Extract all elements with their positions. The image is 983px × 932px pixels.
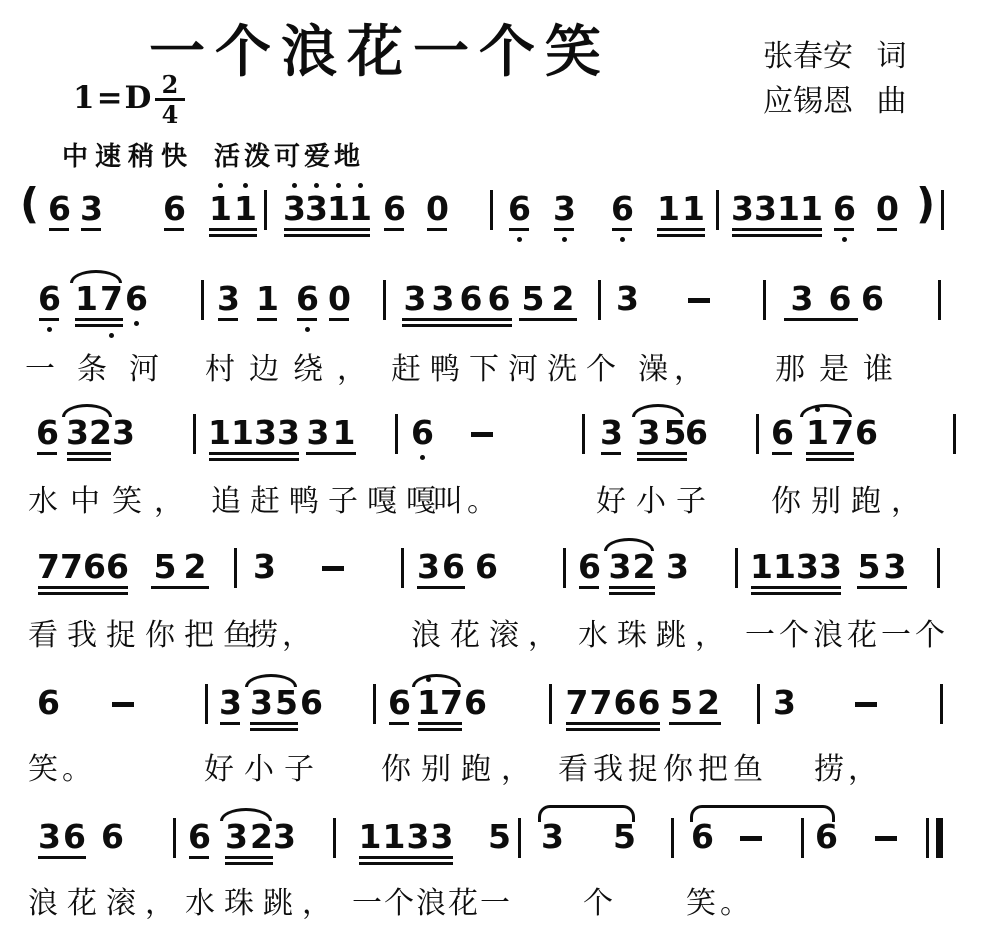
note-group: 6 [855, 416, 877, 450]
slur-arc [632, 404, 684, 417]
lyric-chunk: 水珠跳， [185, 878, 341, 922]
note-digit: 1 [349, 192, 371, 226]
note-digit: 3 [219, 686, 241, 720]
note-digit: 3 [217, 282, 239, 316]
duration-underline [189, 856, 209, 859]
note-digit: 7 [99, 282, 124, 316]
duration-underline [418, 722, 462, 725]
barline [333, 818, 336, 858]
note-group: 3 [773, 686, 795, 720]
duration-underline [418, 728, 462, 731]
expression-marking: 活泼可爱地 [214, 136, 364, 173]
note-digit: 6 [578, 550, 600, 584]
note-digit: 6 [833, 192, 855, 226]
octave-dot-above [336, 183, 341, 188]
duration-underline [669, 722, 721, 725]
note-group: 0 [328, 282, 350, 316]
note-digit: 6 [411, 416, 433, 450]
note-group: 6 [48, 192, 70, 226]
note-digit: 3 [66, 416, 89, 450]
note-digit: 7 [37, 550, 60, 584]
note-digit: 6 [685, 416, 707, 450]
note-group: 6 [125, 282, 147, 316]
duration-underline [218, 318, 238, 321]
note-digit: 3 [305, 192, 327, 226]
lyric-chunk: 叫。 [433, 476, 501, 520]
barline [490, 190, 493, 230]
note-digit: 1 [208, 416, 231, 450]
barline [549, 684, 552, 724]
lyric-chunk: 你别跑， [381, 744, 541, 788]
duration-underline [389, 722, 409, 725]
duration-underline [857, 586, 907, 589]
note-digit: 2 [632, 550, 656, 584]
note-group: 3 [553, 192, 575, 226]
note-digit: 6 [188, 820, 210, 854]
duration-underline [751, 586, 841, 589]
lyric-chunk: 笑。 [28, 744, 96, 788]
note-digit: 6 [815, 820, 837, 854]
note-group: 6 [833, 192, 855, 226]
final-barline-thin [926, 818, 929, 858]
barline [953, 414, 956, 454]
barline [716, 190, 719, 230]
barline [941, 190, 944, 230]
barline [205, 684, 208, 724]
note-digit: 3 [636, 416, 662, 450]
note-group: 17 [74, 282, 124, 316]
note-group: 6 [611, 192, 633, 226]
system-6-notes: 3666323113353566 [0, 806, 983, 878]
note-digit: 1 [74, 282, 99, 316]
duration-underline [151, 586, 209, 589]
lyric-chunk: 水珠跳， [578, 610, 734, 654]
duration-underline [402, 324, 512, 327]
barline [383, 280, 386, 320]
barline [373, 684, 376, 724]
barline [173, 818, 176, 858]
note-group: 3 [666, 550, 688, 584]
duration-underline [37, 452, 57, 455]
note-digit: 6 [101, 820, 123, 854]
slur-arc [412, 674, 461, 687]
octave-dot-above [314, 183, 319, 188]
duration-underline [637, 458, 687, 461]
note-group: 6 [508, 192, 530, 226]
system-6-lyrics: 浪花滚，水珠跳，一个浪花一个笑。 [0, 878, 983, 914]
octave-dot-below [562, 237, 567, 242]
octave-dot-above [292, 183, 297, 188]
note-group: 17 [805, 416, 855, 450]
duration-underline [209, 228, 257, 231]
duration-underline [209, 452, 299, 455]
lyric-chunk: 好小子 [204, 744, 324, 788]
note-group: 6 [188, 820, 210, 854]
note-group: 6 [411, 416, 433, 450]
note-digit: 5 [613, 820, 635, 854]
note-group: 6 [475, 550, 497, 584]
slur-arc [62, 404, 112, 417]
note-group: 3 [217, 282, 239, 316]
barline [937, 548, 940, 588]
note-digit: 3 [253, 550, 275, 584]
barline [264, 190, 267, 230]
system-3-notes: 6323113331633566176 [0, 402, 983, 474]
note-digit: 5 [668, 686, 695, 720]
duration-underline [306, 452, 356, 455]
duration-underline [359, 862, 453, 865]
lyric-chunk: 水中笑， [28, 476, 196, 520]
note-group: 6 [861, 282, 883, 316]
octave-dot-below [842, 237, 847, 242]
system-2-notes: 617631603366523366 [0, 268, 983, 340]
octave-dot-below [420, 455, 425, 460]
barline [201, 280, 204, 320]
note-digit: 5 [274, 686, 299, 720]
note-group: 35 [636, 416, 688, 450]
note-digit: 3 [406, 820, 430, 854]
lyric-chunk: 澡， [638, 344, 710, 388]
note-group: 52 [668, 686, 722, 720]
duration-underline [509, 228, 529, 231]
note-digit: 3 [283, 192, 305, 226]
note-group: 6 [815, 820, 837, 854]
note-digit: 1 [805, 416, 830, 450]
note-digit: 1 [256, 282, 278, 316]
note-group: 7766 [565, 686, 661, 720]
duration-underline [427, 228, 447, 231]
note-digit: 3 [430, 820, 454, 854]
lyric-chunk: 一个浪花一 [352, 878, 512, 922]
note-digit: 1 [417, 686, 440, 720]
note-digit: 3 [553, 192, 575, 226]
note-group: 6 [464, 686, 486, 720]
note-group: 0 [426, 192, 448, 226]
slur-arc [70, 270, 122, 283]
note-group: 6 [163, 192, 185, 226]
note-group: 53 [856, 550, 908, 584]
lyric-chunk: 村边绕， [205, 344, 381, 388]
duration-underline [877, 228, 897, 231]
sheet-music-page: 一个浪花一个笑 张春安 词 应锡恩 曲 1=D 2 4 中速稍快 活泼可爱地 (… [0, 0, 983, 932]
duration-underline [834, 228, 854, 231]
duration-underline [284, 228, 370, 231]
note-digit: 6 [36, 416, 58, 450]
duration-underline [38, 586, 128, 589]
duration-underline [250, 722, 298, 725]
note-digit: 0 [876, 192, 898, 226]
duration-underline [554, 228, 574, 231]
duration-underline [579, 586, 599, 589]
slur-arc [604, 538, 654, 551]
note-digit: 7 [830, 416, 855, 450]
duration-underline [67, 458, 111, 461]
octave-dot-above [218, 183, 223, 188]
note-digit: 6 [62, 820, 87, 854]
note-group: 3 [219, 686, 241, 720]
note-digit: 3 [37, 820, 62, 854]
note-digit: 1 [231, 416, 254, 450]
note-digit: 3 [254, 416, 277, 450]
note-group: 1 [256, 282, 278, 316]
duration-underline [220, 722, 240, 725]
lyric-chunk: 捞， [814, 744, 882, 788]
duration-dash [471, 432, 493, 437]
duration-underline [225, 856, 273, 859]
note-group: 3 [273, 820, 295, 854]
note-digit: 1 [233, 192, 258, 226]
note-digit: 1 [208, 192, 233, 226]
note-digit: 1 [331, 416, 357, 450]
note-digit: 6 [771, 416, 793, 450]
duration-underline [209, 234, 257, 237]
note-group: 32 [66, 416, 112, 450]
lyric-chunk: 个 [583, 878, 613, 922]
note-group: 6 [296, 282, 318, 316]
barline [735, 548, 738, 588]
barline [940, 684, 943, 724]
note-group: 11 [208, 192, 258, 226]
note-digit: 1 [800, 192, 823, 226]
duration-underline [402, 318, 512, 321]
duration-underline [225, 862, 273, 865]
duration-underline [297, 318, 317, 321]
barline [518, 818, 521, 858]
octave-dot-above [358, 183, 363, 188]
note-group: 36 [37, 820, 87, 854]
note-group: 6 [691, 820, 713, 854]
barline [756, 414, 759, 454]
tie-arc [690, 805, 835, 822]
note-digit: 6 [83, 550, 106, 584]
barline [234, 548, 237, 588]
note-digit: 3 [796, 550, 819, 584]
note-digit: 2 [249, 820, 274, 854]
note-digit: 7 [60, 550, 83, 584]
note-digit: 6 [821, 282, 859, 316]
note-group: 3311 [283, 192, 371, 226]
duration-underline [519, 318, 577, 321]
note-group: 3366 [401, 282, 513, 316]
note-group: 1133 [208, 416, 300, 450]
note-digit: 6 [37, 686, 59, 720]
octave-dot-below [47, 327, 52, 332]
note-digit: 3 [80, 192, 102, 226]
note-digit: 6 [464, 686, 486, 720]
note-group: 52 [518, 282, 578, 316]
note-group: 35 [249, 686, 299, 720]
note-digit: 6 [388, 686, 410, 720]
intro-parenthesis: ) [916, 182, 935, 226]
duration-dash [688, 298, 710, 303]
slur-arc [800, 404, 852, 417]
note-digit: 1 [750, 550, 773, 584]
note-group: 5 [488, 820, 510, 854]
tempo-marking: 中速稍快 [62, 136, 194, 173]
duration-underline [67, 452, 111, 455]
lyric-chunk: 看我捉你把鱼 [28, 610, 262, 654]
system-5-lyrics: 笑。好小子你别跑，看我捉你把鱼捞， [0, 744, 983, 780]
lyricist-credit: 张春安 词 [763, 34, 907, 79]
note-group: 3 [616, 282, 638, 316]
barline [582, 414, 585, 454]
intro-parenthesis: ( [20, 182, 39, 226]
note-digit: 2 [695, 686, 722, 720]
barline [938, 280, 941, 320]
duration-underline [250, 728, 298, 731]
lyric-chunk: 一个浪花一个 [745, 610, 949, 654]
duration-dash [322, 566, 344, 571]
duration-underline [806, 458, 854, 461]
note-digit: 3 [401, 282, 429, 316]
lyric-chunk: 你别跑， [771, 476, 931, 520]
duration-underline [637, 452, 687, 455]
duration-underline [417, 586, 465, 589]
note-group: 32 [224, 820, 274, 854]
note-digit: 3 [416, 550, 441, 584]
note-digit: 1 [327, 192, 349, 226]
note-group: 6 [578, 550, 600, 584]
note-group: 17 [417, 686, 463, 720]
duration-dash [875, 836, 897, 841]
note-group: 31 [305, 416, 357, 450]
note-group: 6 [38, 282, 60, 316]
tie-arc [538, 805, 635, 822]
barline [598, 280, 601, 320]
note-digit: 3 [429, 282, 457, 316]
system-3-lyrics: 水中笑，追赶鸭子嘎嘎叫。好小子你别跑， [0, 476, 983, 512]
lyric-chunk: 浪花滚， [28, 878, 184, 922]
duration-underline [49, 228, 69, 231]
note-group: 6 [300, 686, 322, 720]
note-digit: 0 [328, 282, 350, 316]
note-digit: 6 [855, 416, 877, 450]
note-group: 6 [37, 686, 59, 720]
note-digit: 6 [106, 550, 129, 584]
note-digit: 6 [613, 686, 637, 720]
note-digit: 3 [754, 192, 777, 226]
note-digit: 6 [296, 282, 318, 316]
duration-dash [740, 836, 762, 841]
duration-underline [732, 234, 822, 237]
duration-underline [75, 324, 123, 327]
note-group: 32 [608, 550, 656, 584]
duration-underline [566, 722, 660, 725]
duration-underline [657, 228, 705, 231]
duration-underline [209, 458, 299, 461]
duration-underline [384, 228, 404, 231]
barline [193, 414, 196, 454]
lyric-chunk: 好小子 [596, 476, 716, 520]
note-digit: 7 [440, 686, 463, 720]
note-group: 7766 [37, 550, 129, 584]
barline [563, 548, 566, 588]
key-signature: 1=D [73, 80, 153, 116]
note-digit: 1 [773, 550, 796, 584]
note-group: 36 [783, 282, 859, 316]
duration-underline [601, 452, 621, 455]
lyric-chunk: 赶鸭下河洗个 [391, 344, 625, 388]
time-signature: 2 4 [155, 72, 185, 127]
note-digit: 6 [485, 282, 513, 316]
note-group: 36 [416, 550, 466, 584]
note-digit: 6 [508, 192, 530, 226]
note-digit: 6 [48, 192, 70, 226]
octave-dot-below [134, 321, 139, 326]
duration-underline [772, 452, 792, 455]
note-digit: 1 [656, 192, 681, 226]
duration-underline [81, 228, 101, 231]
note-digit: 3 [783, 282, 821, 316]
note-digit: 0 [426, 192, 448, 226]
note-group: 3 [112, 416, 134, 450]
note-group: 3 [80, 192, 102, 226]
note-digit: 5 [150, 550, 180, 584]
note-digit: 6 [441, 550, 466, 584]
note-digit: 2 [89, 416, 112, 450]
duration-underline [329, 318, 349, 321]
note-digit: 6 [457, 282, 485, 316]
note-group: 0 [876, 192, 898, 226]
note-digit: 6 [125, 282, 147, 316]
slur-arc [245, 674, 297, 687]
note-digit: 5 [488, 820, 510, 854]
note-digit: 6 [691, 820, 713, 854]
note-group: 3 [600, 416, 622, 450]
note-group: 3 [253, 550, 275, 584]
note-digit: 3 [305, 416, 331, 450]
barline [395, 414, 398, 454]
octave-dot-above [243, 183, 248, 188]
note-group: 6 [383, 192, 405, 226]
lyric-chunk: 浪花滚， [411, 610, 567, 654]
duration-underline [284, 234, 370, 237]
note-digit: 2 [180, 550, 210, 584]
note-digit: 3 [731, 192, 754, 226]
note-digit: 5 [518, 282, 548, 316]
note-digit: 6 [300, 686, 322, 720]
slur-arc [220, 808, 272, 821]
duration-underline [257, 318, 277, 321]
note-digit: 7 [589, 686, 613, 720]
duration-underline [784, 318, 858, 321]
note-group: 6 [388, 686, 410, 720]
note-digit: 1 [382, 820, 406, 854]
composer-credit: 应锡恩 曲 [763, 79, 907, 124]
barline [401, 548, 404, 588]
note-digit: 6 [637, 686, 661, 720]
duration-underline [359, 856, 453, 859]
credits-block: 张春安 词 应锡恩 曲 [763, 34, 907, 124]
note-digit: 6 [383, 192, 405, 226]
note-group: 3 [541, 820, 563, 854]
system-4-notes: 77665233666323113353 [0, 536, 983, 608]
duration-underline [75, 318, 123, 321]
lyric-chunk: 一条河 [25, 344, 181, 388]
note-digit: 3 [112, 416, 134, 450]
note-digit: 3 [224, 820, 249, 854]
note-digit: 3 [600, 416, 622, 450]
duration-underline [38, 592, 128, 595]
duration-dash [855, 702, 877, 707]
barline [763, 280, 766, 320]
note-group: 1133 [750, 550, 842, 584]
octave-dot-below [305, 327, 310, 332]
final-barline-thick [936, 818, 943, 858]
lyric-chunk: 追赶鸭子嘎嘎 [211, 476, 445, 520]
system-4-lyrics: 看我捉你把鱼捞，浪花滚，水珠跳，一个浪花一个 [0, 610, 983, 646]
duration-underline [39, 318, 59, 321]
